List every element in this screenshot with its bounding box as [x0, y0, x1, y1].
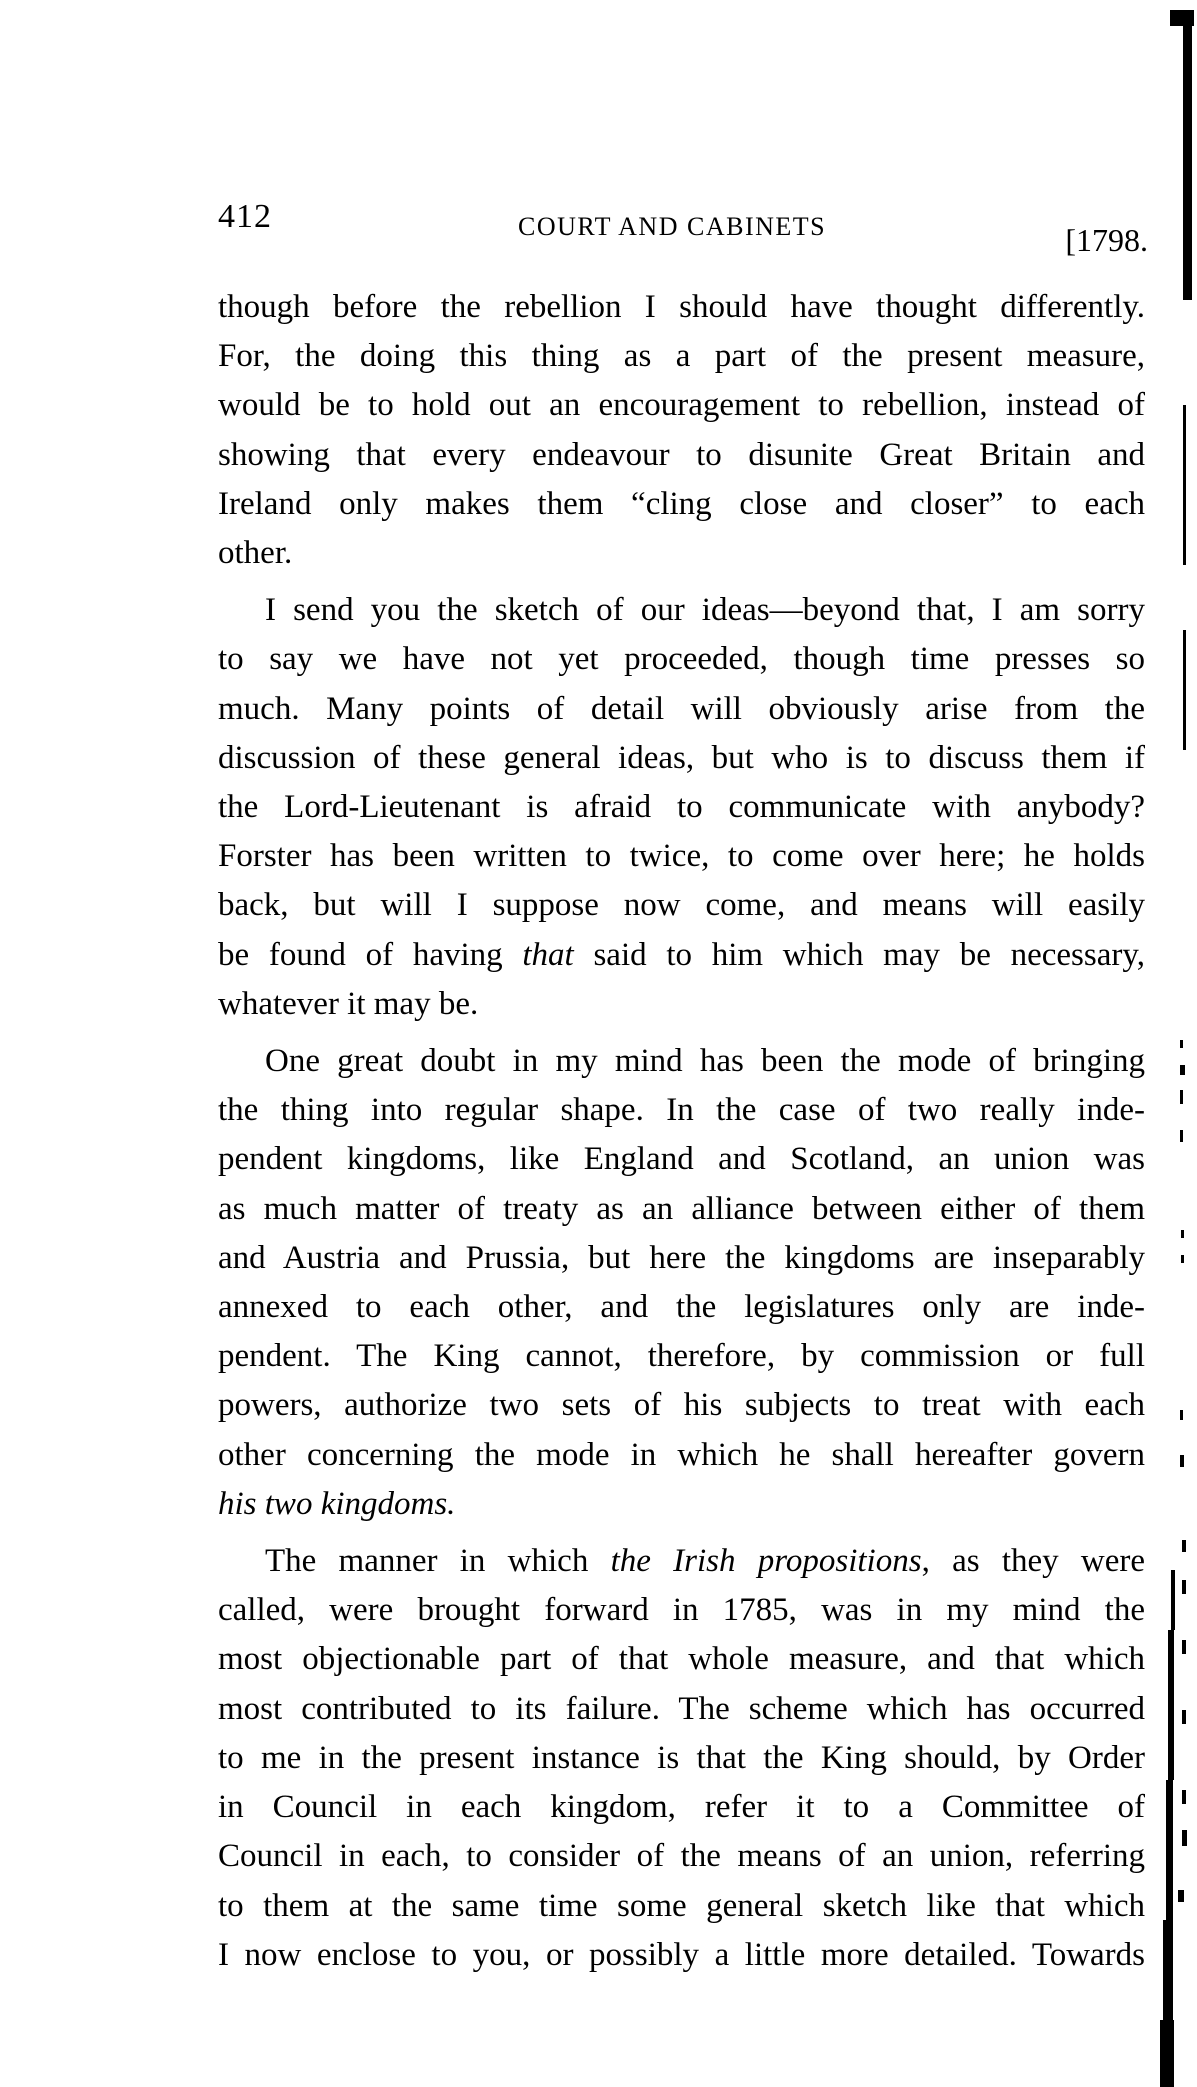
text-line: showing that every endeavour to disunite…: [218, 431, 1145, 480]
scan-edge-mark: [1183, 405, 1186, 565]
text-line: Forster has been written to twice, to co…: [218, 832, 1145, 881]
book-page: 412 COURT AND CABINETS [1798. though bef…: [0, 0, 1197, 2087]
running-title: COURT AND CABINETS: [518, 212, 826, 242]
scan-speck: [1180, 1130, 1183, 1142]
running-head: 412 COURT AND CABINETS [1798.: [218, 198, 1148, 258]
text-line: I send you the sketch of our ideas—beyon…: [218, 586, 1145, 635]
text-line: though before the rebellion I should hav…: [218, 283, 1145, 332]
scan-speck: [1182, 1790, 1186, 1804]
scan-speck: [1182, 1710, 1186, 1724]
running-year: [1798.: [1065, 222, 1148, 259]
text-line-mixed: The manner in which the Irish propositio…: [218, 1537, 1145, 1586]
scan-edge-shadow-bottom: [1160, 2020, 1174, 2087]
text-line: One great doubt in my mind has been the …: [218, 1037, 1145, 1086]
scan-edge-mark: [1183, 630, 1186, 750]
italic-emphasis: that: [522, 937, 573, 973]
text-line: to them at the same time some general sk…: [218, 1882, 1145, 1931]
text-line: to say we have not yet proceeded, though…: [218, 635, 1145, 684]
scan-speck: [1180, 1040, 1183, 1048]
text-line: called, were brought forward in 1785, wa…: [218, 1586, 1145, 1635]
scan-speck: [1180, 1090, 1183, 1104]
text-line: much. Many points of detail will obvious…: [218, 685, 1145, 734]
paragraph-3: One great doubt in my mind has been the …: [218, 1037, 1145, 1529]
text-line-mixed: be found of having that said to him whic…: [218, 931, 1145, 980]
scan-edge-shadow-bottom: [1163, 1920, 1173, 2020]
text-line: other concerning the mode in which he sh…: [218, 1431, 1145, 1480]
text-line: in Council in each kingdom, refer it to …: [218, 1783, 1145, 1832]
text-line: to me in the present instance is that th…: [218, 1734, 1145, 1783]
text-line: Ireland only makes them “cling close and…: [218, 480, 1145, 529]
text-line: whatever it may be.: [218, 980, 1145, 1029]
text-line: most objectionable part of that whole me…: [218, 1635, 1145, 1684]
text-line: For, the doing this thing as a part of t…: [218, 332, 1145, 381]
text-line: his two kingdoms.: [218, 1480, 1145, 1529]
scan-edge-shadow-bottom: [1168, 1630, 1174, 1780]
text-line: Council in each, to consider of the mean…: [218, 1832, 1145, 1881]
scan-speck: [1180, 1065, 1185, 1075]
text-segment: , as they were: [922, 1543, 1145, 1579]
body-text: though before the rebellion I should hav…: [218, 283, 1145, 1980]
text-line: the Lord-Lieutenant is afraid to communi…: [218, 783, 1145, 832]
scan-speck: [1182, 1640, 1186, 1654]
italic-emphasis: the Irish propositions: [611, 1543, 922, 1579]
page-number: 412: [218, 198, 272, 236]
scan-edge-shadow-bottom: [1166, 1780, 1173, 1920]
scan-speck: [1181, 1255, 1184, 1263]
text-line: would be to hold out an encouragement to…: [218, 381, 1145, 430]
paragraph-4: The manner in which the Irish propositio…: [218, 1537, 1145, 1980]
text-segment: be found of having: [218, 937, 522, 973]
scan-speck: [1180, 1455, 1184, 1467]
text-segment: said to him which may be necessary,: [574, 937, 1145, 973]
text-line: other.: [218, 529, 1145, 578]
scan-speck: [1181, 1230, 1184, 1238]
text-line: pendent. The King cannot, therefore, by …: [218, 1332, 1145, 1381]
text-line: pendent kingdoms, like England and Scotl…: [218, 1135, 1145, 1184]
text-segment: The manner in which: [265, 1543, 611, 1579]
text-line: annexed to each other, and the legislatu…: [218, 1283, 1145, 1332]
text-line: back, but will I suppose now come, and m…: [218, 881, 1145, 930]
scan-speck: [1178, 1890, 1184, 1902]
scan-speck: [1182, 1830, 1187, 1846]
scan-speck: [1182, 1580, 1186, 1594]
text-line: the thing into regular shape. In the cas…: [218, 1086, 1145, 1135]
text-line: and Austria and Prussia, but here the ki…: [218, 1234, 1145, 1283]
paragraph-2: I send you the sketch of our ideas—beyon…: [218, 586, 1145, 1029]
text-line: most contributed to its failure. The sch…: [218, 1685, 1145, 1734]
scan-speck: [1182, 1540, 1186, 1552]
scan-edge-shadow-bottom: [1171, 1570, 1175, 1630]
paragraph-1: though before the rebellion I should hav…: [218, 283, 1145, 578]
text-line: discussion of these general ideas, but w…: [218, 734, 1145, 783]
text-line: I now enclose to you, or possibly a litt…: [218, 1931, 1145, 1980]
text-line: as much matter of treaty as an alliance …: [218, 1185, 1145, 1234]
text-line: powers, authorize two sets of his subjec…: [218, 1381, 1145, 1430]
scan-speck: [1180, 1410, 1183, 1420]
scan-edge-shadow-top: [1183, 20, 1192, 300]
